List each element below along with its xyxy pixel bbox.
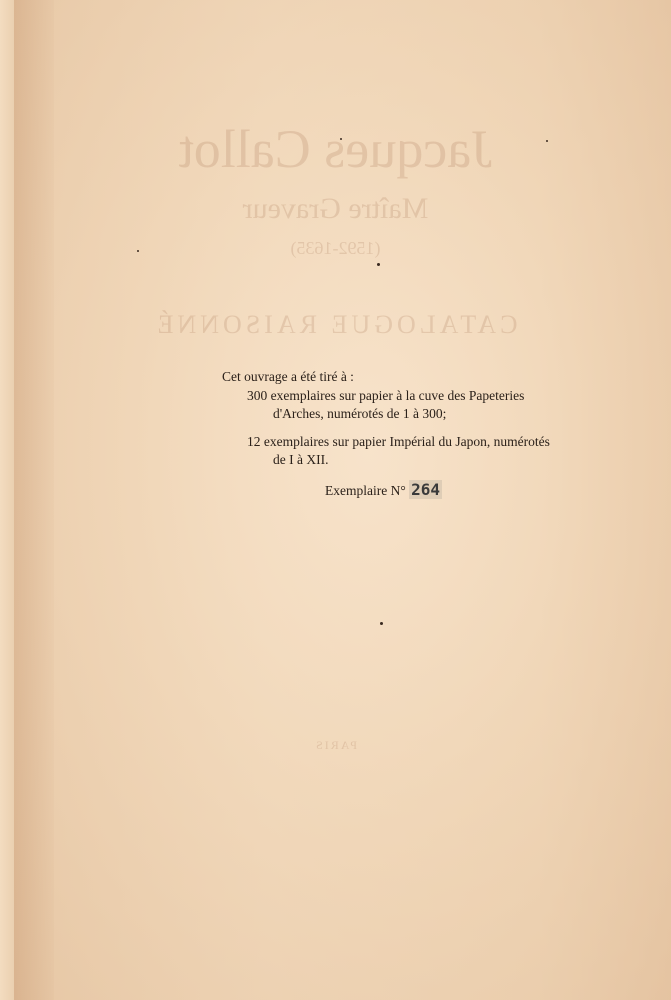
paper-speck (546, 140, 548, 142)
edition-2-line-1: 12 exemplaires sur papier Impérial du Ja… (247, 433, 550, 451)
edition-2-line-2: de I à XII. (273, 451, 328, 469)
paper-speck (380, 622, 383, 625)
paper-speck (340, 138, 342, 140)
edition-1-line-1: 300 exemplaires sur papier à la cuve des… (247, 387, 524, 405)
show-through-dates: (1592-1635) (0, 238, 671, 259)
colophon-intro: Cet ouvrage a été tiré à : (222, 368, 354, 386)
exemplaire-label: Exemplaire N° (325, 483, 406, 498)
show-through-title: Jacques Callot (0, 118, 671, 180)
exemplaire-number: 264 (409, 480, 442, 499)
edition-1-line-2: d'Arches, numérotés de 1 à 300; (273, 405, 446, 423)
exemplaire-line: Exemplaire N° 264 (325, 481, 442, 500)
paper-speck (377, 263, 380, 266)
show-through-publisher: PARIS (0, 738, 671, 753)
paper-speck (137, 250, 139, 252)
show-through-subtitle: Maître Graveur (0, 192, 671, 226)
show-through-catalogue: CATALOGUE RAISONNÉ (0, 310, 671, 340)
